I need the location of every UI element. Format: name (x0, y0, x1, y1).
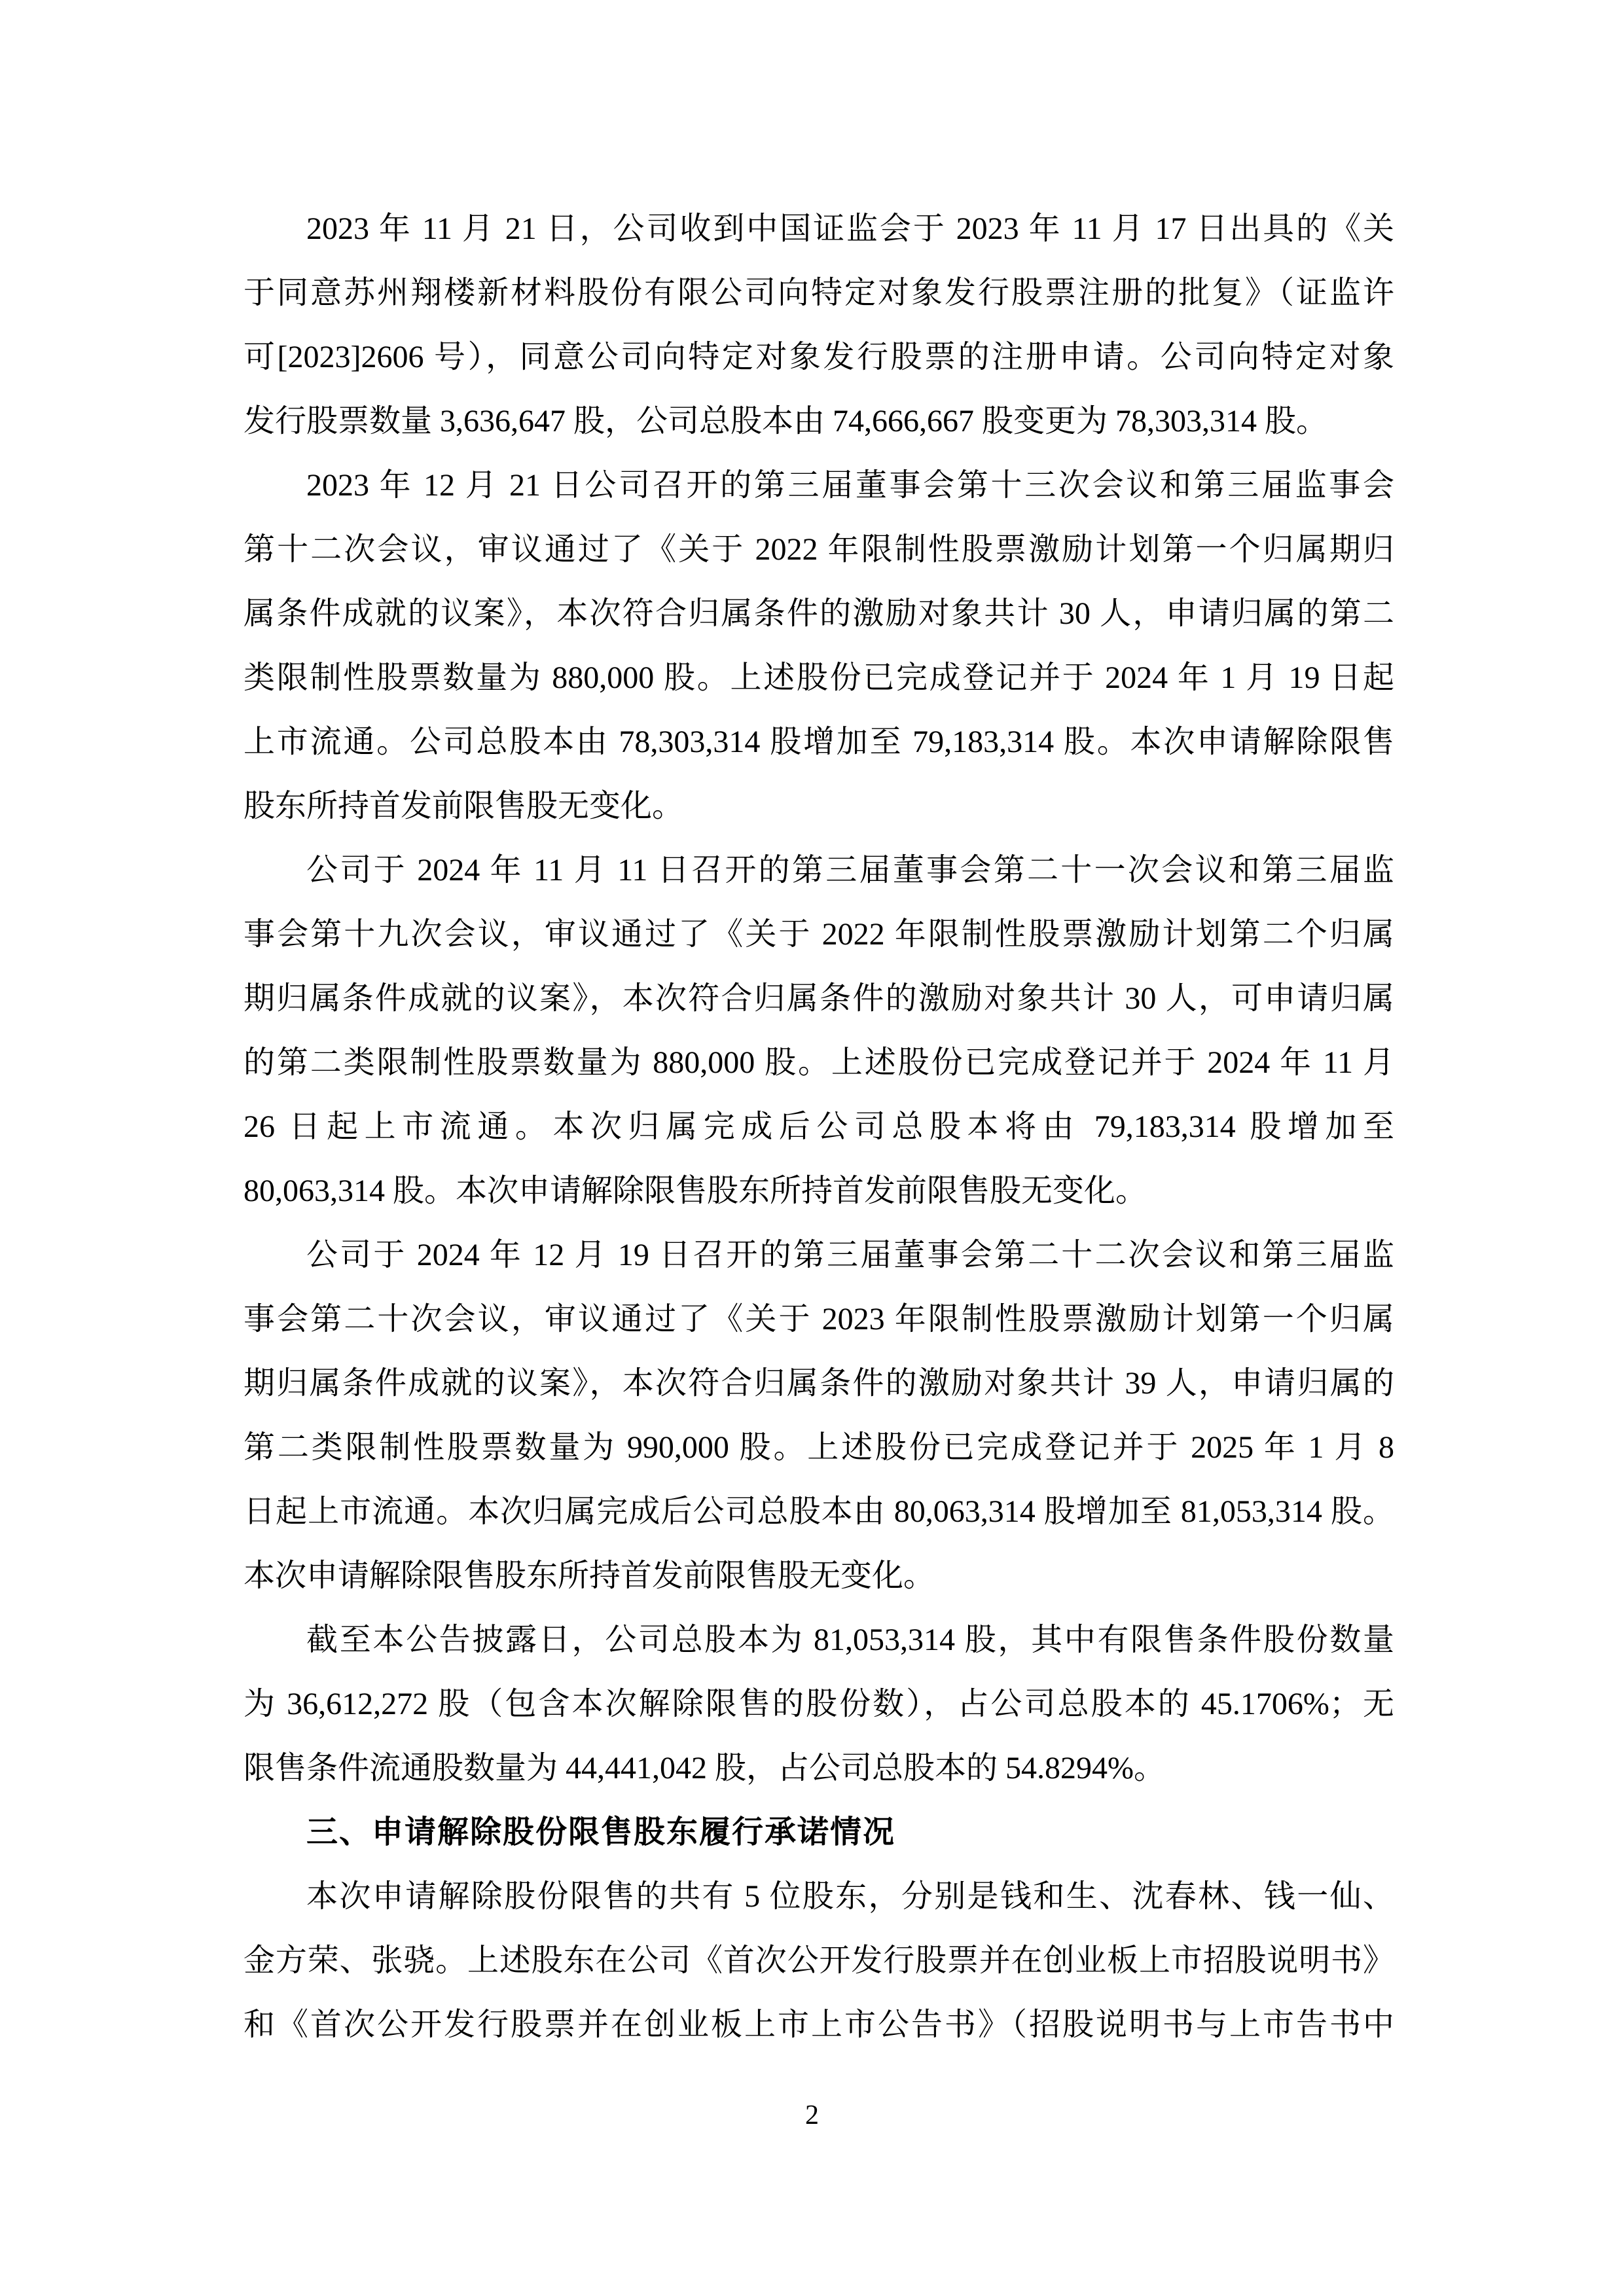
text-line: 日起上市流通。本次归属完成后公司总股本由 80,063,314 股增加至 81,… (244, 1480, 1394, 1544)
text-line: 可[2023]2606 号），同意公司向特定对象发行股票的注册申请。公司向特定对… (244, 325, 1394, 389)
paragraph-5: 截至本公告披露日，公司总股本为 81,053,314 股，其中有限售条件股份数量… (244, 1608, 1394, 1801)
text-line: 期归属条件成就的议案》，本次符合归属条件的激励对象共计 39 人，申请归属的 (244, 1352, 1394, 1416)
document-body: 2023 年 11 月 21 日，公司收到中国证监会于 2023 年 11 月 … (244, 197, 1394, 2057)
text-line: 第二类限制性股票数量为 990,000 股。上述股份已完成登记并于 2025 年… (244, 1416, 1394, 1480)
text-line: 和《首次公开发行股票并在创业板上市上市公告书》（招股说明书与上市告书中 (244, 1993, 1394, 2057)
text-line: 属条件成就的议案》，本次符合归属条件的激励对象共计 30 人，申请归属的第二 (244, 582, 1394, 646)
paragraph-2: 2023 年 12 月 21 日公司召开的第三届董事会第十三次会议和第三届监事会… (244, 454, 1394, 838)
document-page: { "page": { "width_px": 2481, "height_px… (0, 0, 1624, 2296)
text-line: 本次申请解除股份限售的共有 5 位股东，分别是钱和生、沈春林、钱一仙、 (244, 1865, 1394, 1929)
text-line: 金方荣、张骁。上述股东在公司《首次公开发行股票并在创业板上市招股说明书》 (244, 1929, 1394, 1993)
text-line: 26 日起上市流通。本次归属完成后公司总股本将由 79,183,314 股增加至 (244, 1095, 1394, 1159)
text-line: 类限制性股票数量为 880,000 股。上述股份已完成登记并于 2024 年 1… (244, 646, 1394, 710)
text-line: 2023 年 11 月 21 日，公司收到中国证监会于 2023 年 11 月 … (244, 197, 1394, 261)
text-line: 为 36,612,272 股（包含本次解除限售的股份数），占公司总股本的 45.… (244, 1672, 1394, 1736)
text-line: 事会第二十次会议，审议通过了《关于 2023 年限制性股票激励计划第一个归属 (244, 1287, 1394, 1352)
paragraph-4: 公司于 2024 年 12 月 19 日召开的第三届董事会第二十二次会议和第三届… (244, 1223, 1394, 1608)
text-line: 于同意苏州翔楼新材料股份有限公司向特定对象发行股票注册的批复》（证监许 (244, 261, 1394, 325)
section-heading: 三、申请解除股份限售股东履行承诺情况 (244, 1801, 1394, 1865)
text-line: 80,063,314 股。本次申请解除限售股东所持首发前限售股无变化。 (244, 1159, 1394, 1223)
page-footer: 2 (0, 2096, 1624, 2135)
text-line: 的第二类限制性股票数量为 880,000 股。上述股份已完成登记并于 2024 … (244, 1031, 1394, 1095)
text-line: 上市流通。公司总股本由 78,303,314 股增加至 79,183,314 股… (244, 710, 1394, 774)
text-line: 截至本公告披露日，公司总股本为 81,053,314 股，其中有限售条件股份数量 (244, 1608, 1394, 1672)
section-3-heading: 三、申请解除股份限售股东履行承诺情况 (244, 1801, 1394, 1865)
text-line: 第十二次会议，审议通过了《关于 2022 年限制性股票激励计划第一个归属期归 (244, 518, 1394, 582)
text-line: 限售条件流通股数量为 44,441,042 股，占公司总股本的 54.8294%… (244, 1736, 1394, 1801)
paragraph-6: 本次申请解除股份限售的共有 5 位股东，分别是钱和生、沈春林、钱一仙、 金方荣、… (244, 1865, 1394, 2057)
text-line: 股东所持首发前限售股无变化。 (244, 774, 1394, 838)
page-number: 2 (805, 2100, 819, 2130)
text-line: 2023 年 12 月 21 日公司召开的第三届董事会第十三次会议和第三届监事会 (244, 454, 1394, 518)
paragraph-1: 2023 年 11 月 21 日，公司收到中国证监会于 2023 年 11 月 … (244, 197, 1394, 454)
text-line: 发行股票数量 3,636,647 股，公司总股本由 74,666,667 股变更… (244, 389, 1394, 454)
text-line: 公司于 2024 年 12 月 19 日召开的第三届董事会第二十二次会议和第三届… (244, 1223, 1394, 1287)
text-line: 事会第十九次会议，审议通过了《关于 2022 年限制性股票激励计划第二个归属 (244, 903, 1394, 967)
paragraph-3: 公司于 2024 年 11 月 11 日召开的第三届董事会第二十一次会议和第三届… (244, 838, 1394, 1223)
text-line: 本次申请解除限售股东所持首发前限售股无变化。 (244, 1544, 1394, 1608)
text-line: 期归属条件成就的议案》，本次符合归属条件的激励对象共计 30 人，可申请归属 (244, 967, 1394, 1031)
text-line: 公司于 2024 年 11 月 11 日召开的第三届董事会第二十一次会议和第三届… (244, 838, 1394, 903)
